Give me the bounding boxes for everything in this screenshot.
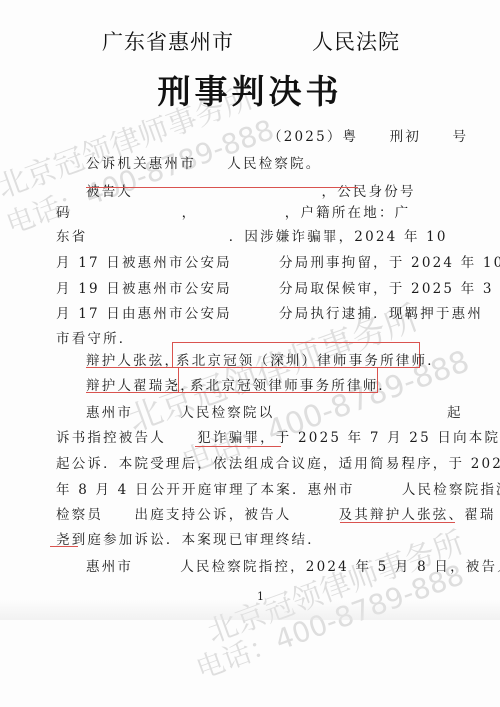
defender-1-underline — [86, 367, 172, 368]
indictment-line-3: 起公诉．本院受理后，依法组成合议庭，适用简易程序，于 2025 — [56, 452, 500, 472]
indictment-line-6: 尧到庭参加诉讼．本案现已审理终结． — [56, 528, 323, 548]
defendant-underline — [86, 187, 358, 188]
charge-line: 惠州市 人民检察院指控，2024 年 5 月 8 日，被告人 — [86, 555, 500, 575]
defender-1-name: 辩护人张弦， — [86, 349, 180, 369]
document-page: 北京冠领律师事务所 电话：400-8789-888 北京冠领律师事务所 电话：4… — [0, 0, 500, 707]
indictment-line-5: 检察员 出庭支持公诉，被告人 及其辩护人张弦、翟瑞 — [56, 503, 496, 523]
defenders-underline-2 — [50, 546, 78, 547]
document-title: 刑事判决书 — [0, 66, 500, 113]
defenders-underline-1 — [340, 522, 455, 523]
detention-line-4: 月 17 日由惠州市公安局 分局执行逮捕．现羁押于惠州 — [56, 302, 483, 322]
detention-line-3: 月 19 日被惠州市公安局 分局取保候审，于 2025 年 3 — [56, 277, 494, 297]
court-province-city: 广东省惠州市 — [102, 26, 234, 56]
court-name: 人民法院 — [312, 26, 400, 56]
id-line: 码 ， ，户籍所在地：广 — [56, 201, 410, 221]
detention-line-1: 东省 ．因涉嫌诈骗罪，2024 年 10 — [56, 225, 448, 245]
defender-1-firm: 系北京冠领（深圳）律师事务所律师． — [176, 349, 443, 369]
indictment-line-1: 惠州市 人民检察院以 起 — [86, 401, 463, 421]
detention-line-2: 月 17 日被惠州市公安局 分局刑事拘留，于 2024 年 10 — [56, 251, 500, 271]
scan-shadow — [0, 600, 500, 620]
indictment-line-4: 年 8 月 4 日公开开庭审理了本案．惠州市 人民检察院指派 — [56, 478, 500, 498]
defender-2-underline — [86, 392, 178, 393]
watermark-phone-1: 电话：400-8789-888 — [0, 108, 279, 242]
crime-underline — [195, 446, 281, 447]
defender-2-firm: 系北京冠领律师事务所律师． — [190, 374, 394, 394]
indictment-line-2: 诉书指控被告人 犯诈骗罪，于 2025 年 7 月 25 日向本院提 — [56, 426, 500, 446]
detention-line-5: 市看守所． — [56, 327, 135, 347]
prosecutor-line: 公诉机关惠州市 人民检察院。 — [86, 152, 322, 172]
defendant-line: 被告人 ，公民身份号 — [86, 180, 416, 200]
case-number: （2025）粤 刑初 号 — [268, 125, 468, 145]
